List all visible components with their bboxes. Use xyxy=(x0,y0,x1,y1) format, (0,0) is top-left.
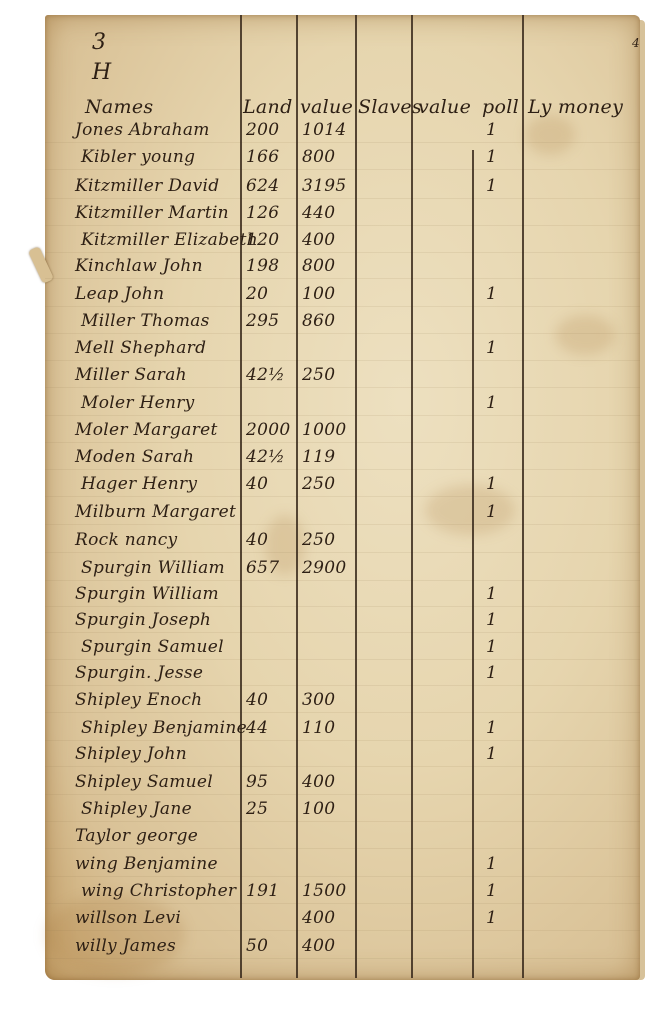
stain xyxy=(425,485,515,535)
header-poll: poll xyxy=(482,96,519,118)
row-land: 20 xyxy=(246,284,268,304)
page-number: 4 xyxy=(632,36,640,50)
rule-line xyxy=(45,469,640,470)
column-divider-names xyxy=(240,15,242,978)
header-names: Names xyxy=(85,96,153,118)
corner-mark-h: H xyxy=(92,60,112,85)
row-name: wing Benjamine xyxy=(75,854,218,874)
row-name: Shipley Jane xyxy=(81,799,192,819)
row-land: 42½ xyxy=(246,447,285,467)
rule-line xyxy=(45,552,640,553)
row-name: Moden Sarah xyxy=(75,447,194,467)
corner-mark-3: 3 xyxy=(92,30,106,55)
row-poll: 1 xyxy=(486,284,497,304)
rule-line xyxy=(45,198,640,199)
row-poll: 1 xyxy=(486,338,497,358)
rule-line xyxy=(45,958,640,959)
rule-line xyxy=(45,659,640,660)
row-land: 657 xyxy=(246,558,279,578)
rule-line xyxy=(45,524,640,525)
row-poll: 1 xyxy=(486,908,497,928)
row-poll: 1 xyxy=(486,147,497,167)
row-land: 166 xyxy=(246,147,279,167)
column-divider-poll xyxy=(522,15,524,978)
row-land-value: 2900 xyxy=(302,558,346,578)
row-poll: 1 xyxy=(486,881,497,901)
row-name: Hager Henry xyxy=(81,474,197,494)
row-poll: 1 xyxy=(486,474,497,494)
rule-line xyxy=(45,333,640,334)
row-poll: 1 xyxy=(486,854,497,874)
column-divider-land xyxy=(296,15,298,978)
row-name: Shipley Enoch xyxy=(75,690,202,710)
rule-line xyxy=(45,169,640,170)
row-name: Kitzmiller David xyxy=(75,176,219,196)
row-poll: 1 xyxy=(486,584,497,604)
row-name: Kinchlaw John xyxy=(75,256,203,276)
row-land-value: 110 xyxy=(302,718,335,738)
rule-line xyxy=(45,766,640,767)
row-poll: 1 xyxy=(486,718,497,738)
row-land: 40 xyxy=(246,474,268,494)
row-name: Miller Thomas xyxy=(81,311,210,331)
row-name: Shipley John xyxy=(75,744,187,764)
stain xyxy=(525,115,575,155)
rule-line xyxy=(45,225,640,226)
rule-line xyxy=(45,580,640,581)
row-land-value: 300 xyxy=(302,690,335,710)
rule-line xyxy=(45,278,640,279)
row-land: 200 xyxy=(246,120,279,140)
row-land: 40 xyxy=(246,690,268,710)
row-land: 42½ xyxy=(246,365,285,385)
row-land: 295 xyxy=(246,311,279,331)
row-name: willy James xyxy=(75,936,176,956)
row-poll: 1 xyxy=(486,610,497,630)
row-land-value: 250 xyxy=(302,365,335,385)
row-land: 95 xyxy=(246,772,268,792)
row-land: 120 xyxy=(246,230,279,250)
rule-line xyxy=(45,740,640,741)
row-name: Kitzmiller Martin xyxy=(75,203,229,223)
row-poll: 1 xyxy=(486,176,497,196)
row-land-value: 400 xyxy=(302,230,335,250)
row-name: willson Levi xyxy=(75,908,181,928)
row-land: 198 xyxy=(246,256,279,276)
row-land-value: 1014 xyxy=(302,120,346,140)
rule-line xyxy=(45,142,640,143)
row-name: Spurgin William xyxy=(81,558,225,578)
rule-line xyxy=(45,685,640,686)
column-divider-slaves xyxy=(411,15,413,978)
row-land: 40 xyxy=(246,530,268,550)
rule-line xyxy=(45,930,640,931)
stain xyxy=(45,895,185,975)
row-name: wing Christopher xyxy=(81,881,236,901)
row-land: 50 xyxy=(246,936,268,956)
row-poll: 1 xyxy=(486,744,497,764)
rule-line xyxy=(45,903,640,904)
rule-line xyxy=(45,606,640,607)
header-slaves: Slaves xyxy=(358,96,422,118)
row-name: Shipley Benjamine xyxy=(81,718,247,738)
header-ly-money: Ly money xyxy=(528,96,623,118)
row-land-value: 250 xyxy=(302,530,335,550)
header-slave-value: value xyxy=(418,96,471,118)
rule-line xyxy=(45,821,640,822)
row-name: Shipley Samuel xyxy=(75,772,213,792)
row-poll: 1 xyxy=(486,502,497,522)
header-land-value: value xyxy=(300,96,353,118)
row-name: Rock nancy xyxy=(75,530,177,550)
row-name: Taylor george xyxy=(75,826,198,846)
row-name: Miller Sarah xyxy=(75,365,187,385)
row-land-value: 250 xyxy=(302,474,335,494)
row-name: Spurgin Samuel xyxy=(81,637,224,657)
rule-line xyxy=(45,442,640,443)
row-name: Mell Shephard xyxy=(75,338,206,358)
row-poll: 1 xyxy=(486,663,497,683)
row-name: Spurgin. Jesse xyxy=(75,663,203,683)
row-land-value: 400 xyxy=(302,772,335,792)
row-land: 191 xyxy=(246,881,279,901)
rule-line xyxy=(45,360,640,361)
row-name: Jones Abraham xyxy=(75,120,210,140)
row-land-value: 800 xyxy=(302,256,335,276)
row-name: Kibler young xyxy=(81,147,195,167)
rule-line xyxy=(45,632,640,633)
row-land-value: 440 xyxy=(302,203,335,223)
row-land-value: 400 xyxy=(302,936,335,956)
row-land-value: 100 xyxy=(302,799,335,819)
header-land: Land xyxy=(243,96,293,118)
row-name: Moler Henry xyxy=(81,393,195,413)
row-poll: 1 xyxy=(486,637,497,657)
row-land: 25 xyxy=(246,799,268,819)
row-land-value: 3195 xyxy=(302,176,346,196)
row-land-value: 400 xyxy=(302,908,335,928)
rule-line xyxy=(45,415,640,416)
row-name: Moler Margaret xyxy=(75,420,218,440)
row-land: 2000 xyxy=(246,420,290,440)
rule-line xyxy=(45,252,640,253)
row-poll: 1 xyxy=(486,120,497,140)
row-name: Milburn Margaret xyxy=(75,502,236,522)
rule-line xyxy=(45,712,640,713)
rule-line xyxy=(45,496,640,497)
row-land-value: 100 xyxy=(302,284,335,304)
row-land-value: 1000 xyxy=(302,420,346,440)
row-land-value: 860 xyxy=(302,311,335,331)
rule-line xyxy=(45,848,640,849)
rule-line xyxy=(45,876,640,877)
row-land: 126 xyxy=(246,203,279,223)
rule-line xyxy=(45,387,640,388)
row-land-value: 800 xyxy=(302,147,335,167)
row-land: 44 xyxy=(246,718,268,738)
row-name: Kitzmiller Elizabeth xyxy=(81,230,258,250)
row-land-value: 1500 xyxy=(302,881,346,901)
row-name: Spurgin Joseph xyxy=(75,610,211,630)
column-divider-slave-value xyxy=(472,150,474,978)
row-name: Spurgin William xyxy=(75,584,219,604)
row-land-value: 119 xyxy=(302,447,335,467)
rule-line xyxy=(45,306,640,307)
column-divider-value xyxy=(355,15,357,978)
rule-line xyxy=(45,794,640,795)
row-poll: 1 xyxy=(486,393,497,413)
row-land: 624 xyxy=(246,176,279,196)
row-name: Leap John xyxy=(75,284,164,304)
stain xyxy=(555,315,615,355)
